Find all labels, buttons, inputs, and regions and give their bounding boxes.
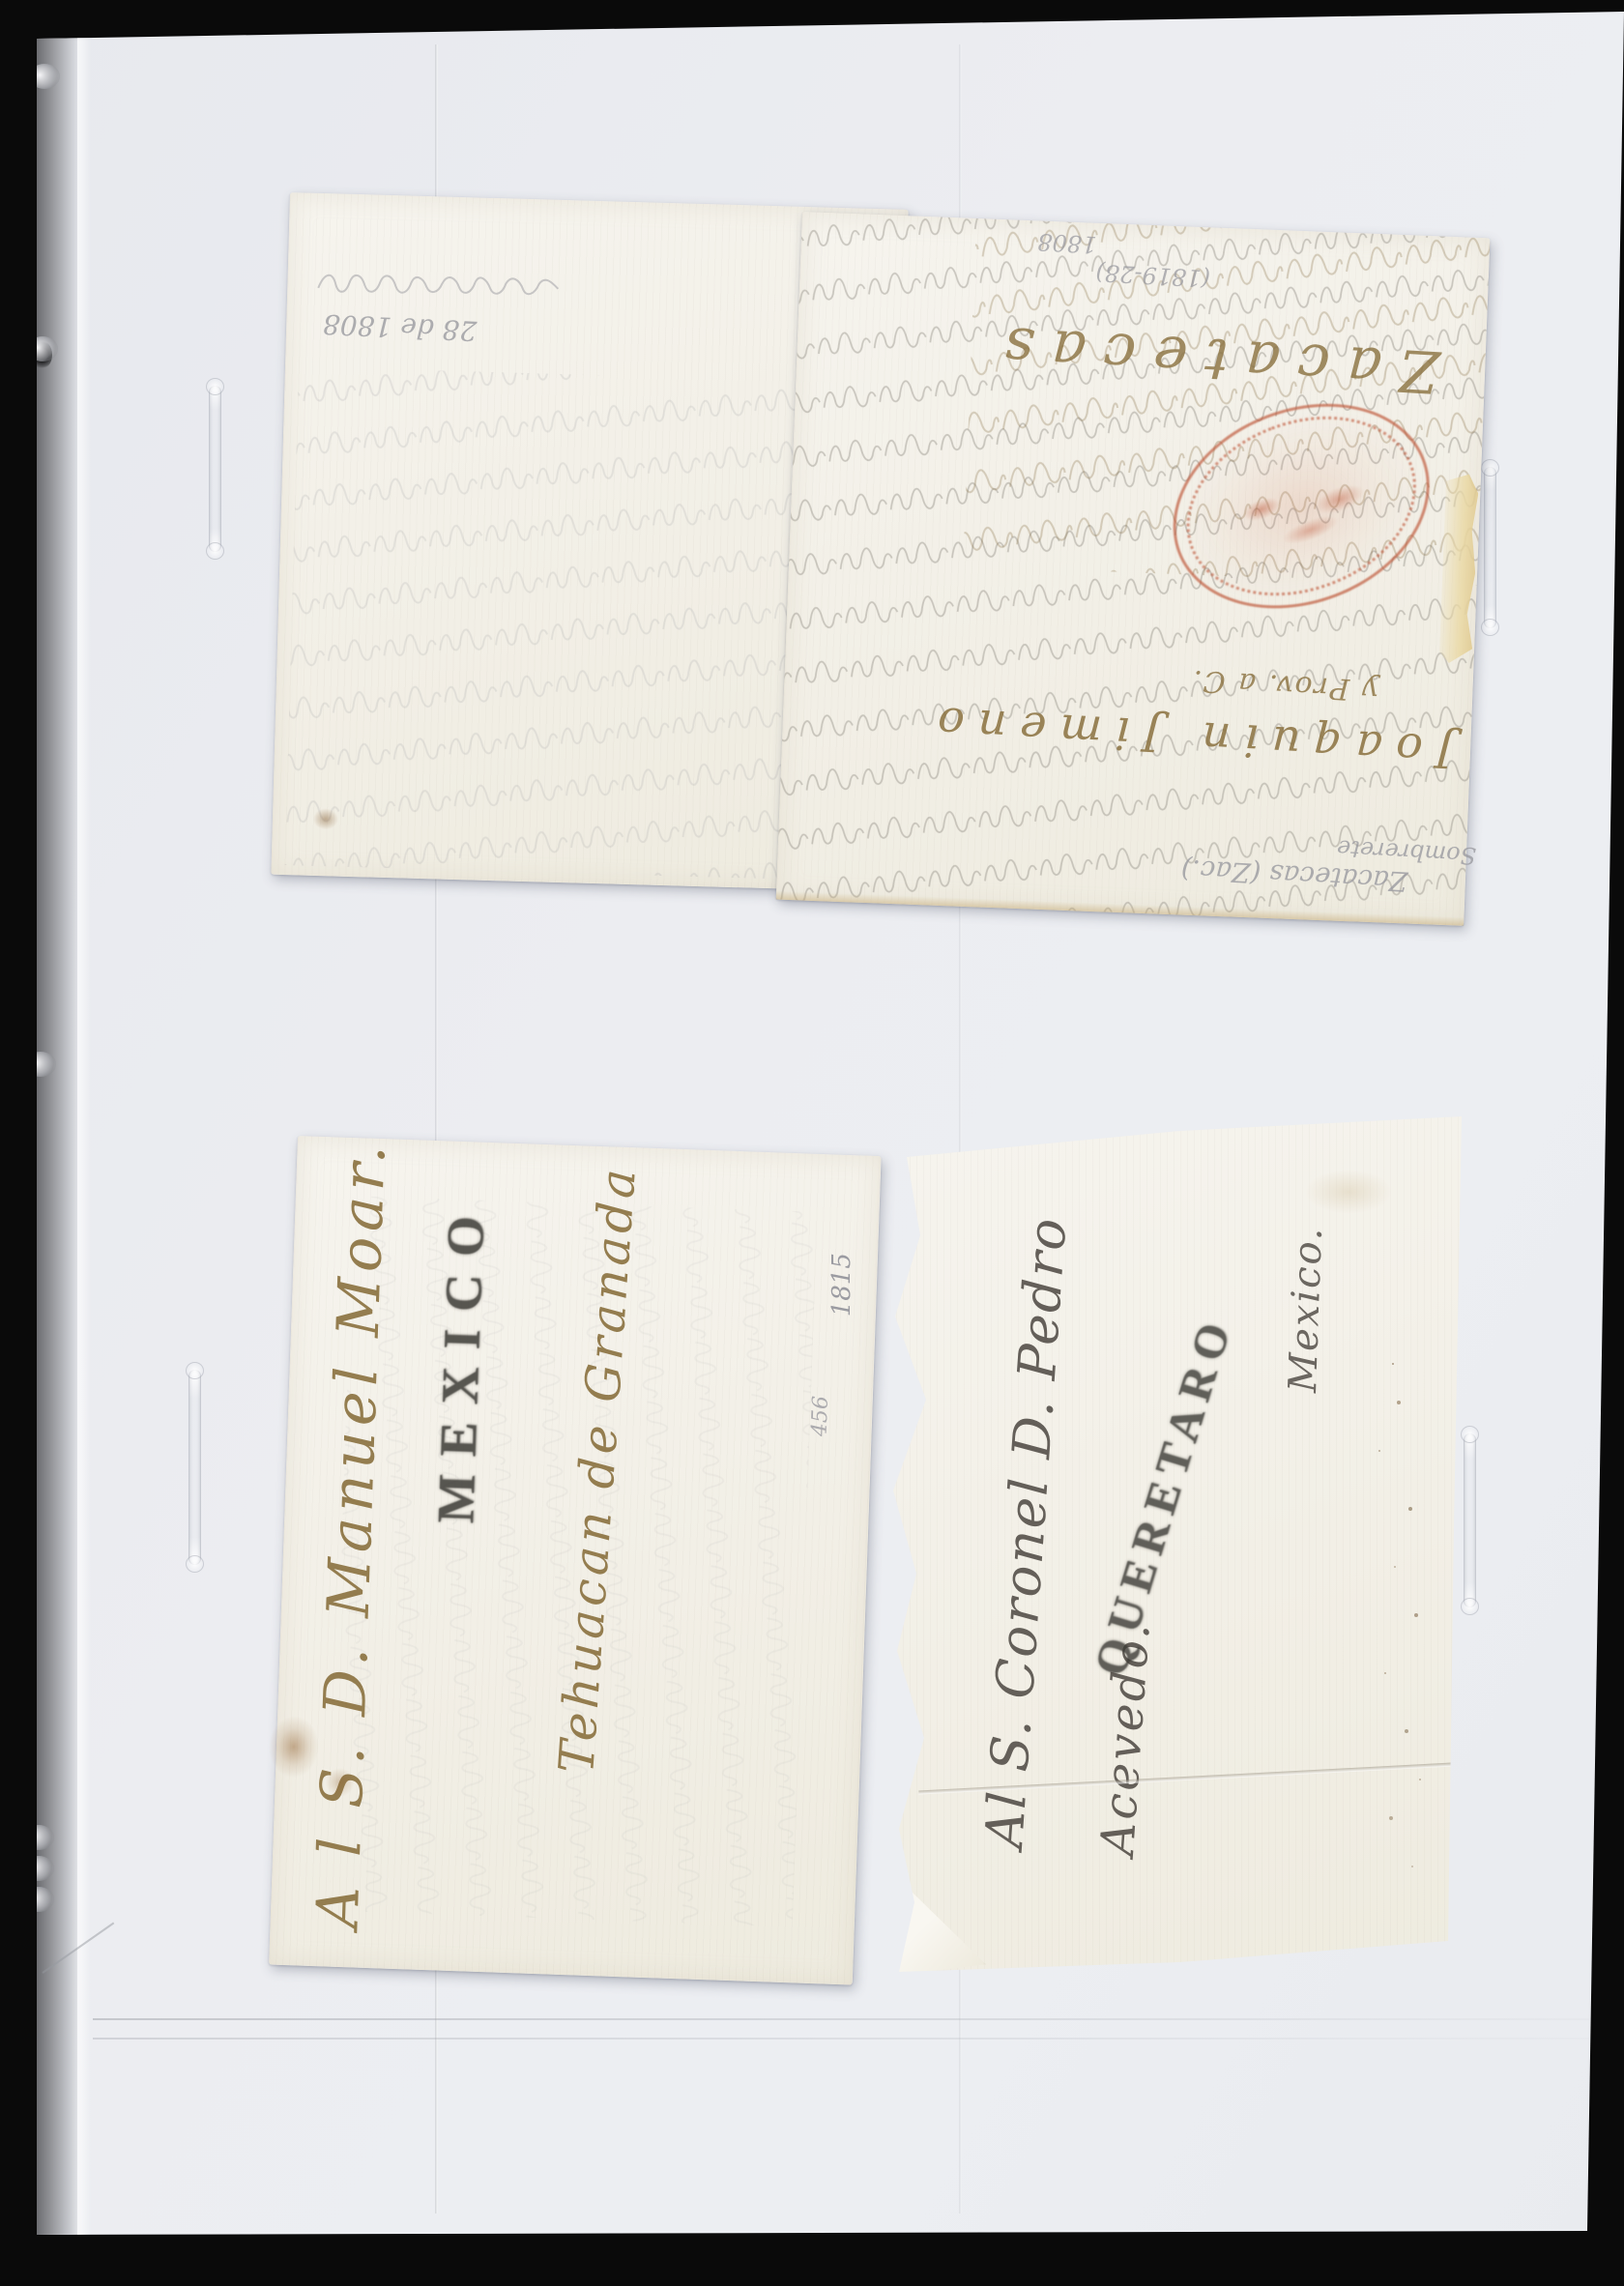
age-speckles xyxy=(1392,1363,1394,1365)
photo-of-stamp-album-page: 28 de 1808 xyxy=(0,0,1624,2286)
binding-comb-ring xyxy=(23,1887,54,1912)
pencil-note-date: 28 de 1808 xyxy=(310,309,490,344)
script-address-city: Zacatecas xyxy=(1003,318,1441,400)
script-address-name: Joaquin Jimeno xyxy=(927,701,1456,774)
script-address-to: A l S. D. Manuel Moar. xyxy=(308,1139,393,1929)
binding-comb-ring xyxy=(25,1052,56,1077)
straight-line-postmark-queretaro: QUERETARO xyxy=(1087,1310,1241,1681)
pencil-number: 456 xyxy=(809,1396,831,1437)
letter-top-written-panel: 1808 (1819-28) Zacatecas y Prov. a C. Jo… xyxy=(776,212,1491,926)
age-stain xyxy=(1305,1170,1392,1214)
pencil-year: 1815 xyxy=(829,1253,855,1317)
sleeve-bottom-edge xyxy=(93,2018,1589,2020)
pencil-note-year: 1808 xyxy=(994,227,1140,258)
sleeve-weld-slot xyxy=(1464,1434,1475,1606)
pencil-docket-squiggle xyxy=(316,267,570,312)
sleeve-left-edge xyxy=(77,12,91,2244)
pencil-note-period: (1819-28) xyxy=(1085,260,1221,291)
sleeve-weld-slot xyxy=(210,387,220,551)
sleeve-bottom-edge xyxy=(93,2038,1589,2040)
binding-comb-ring xyxy=(27,336,58,362)
sleeve-weld-slot xyxy=(189,1371,200,1564)
letter-top: 28 de 1808 xyxy=(290,187,1489,931)
age-stain xyxy=(313,808,339,830)
script-address-prov: y Prov. a C. xyxy=(1209,666,1379,705)
straight-line-postmark-mexico: MEXICO xyxy=(429,1198,493,1524)
red-oval-postmark xyxy=(1144,368,1460,644)
script-address-to: Al S. Coronel D. Pedro xyxy=(978,1215,1075,1850)
letter-bottom-right: Al S. Coronel D. Pedro Acevedo. QUERETAR… xyxy=(889,1112,1469,1982)
script-destination: Mexico. xyxy=(1284,1226,1328,1394)
letter-bottom-left: A l S. D. Manuel Moar. MEXICO Tehuacan d… xyxy=(269,1136,882,1985)
binding-comb-ring xyxy=(23,1825,54,1850)
torn-paper-tab xyxy=(1439,474,1479,664)
binding-comb-ring xyxy=(29,64,60,89)
script-destination: Tehuacan de Granada xyxy=(552,1164,643,1775)
binding-comb-ring xyxy=(23,1856,54,1881)
